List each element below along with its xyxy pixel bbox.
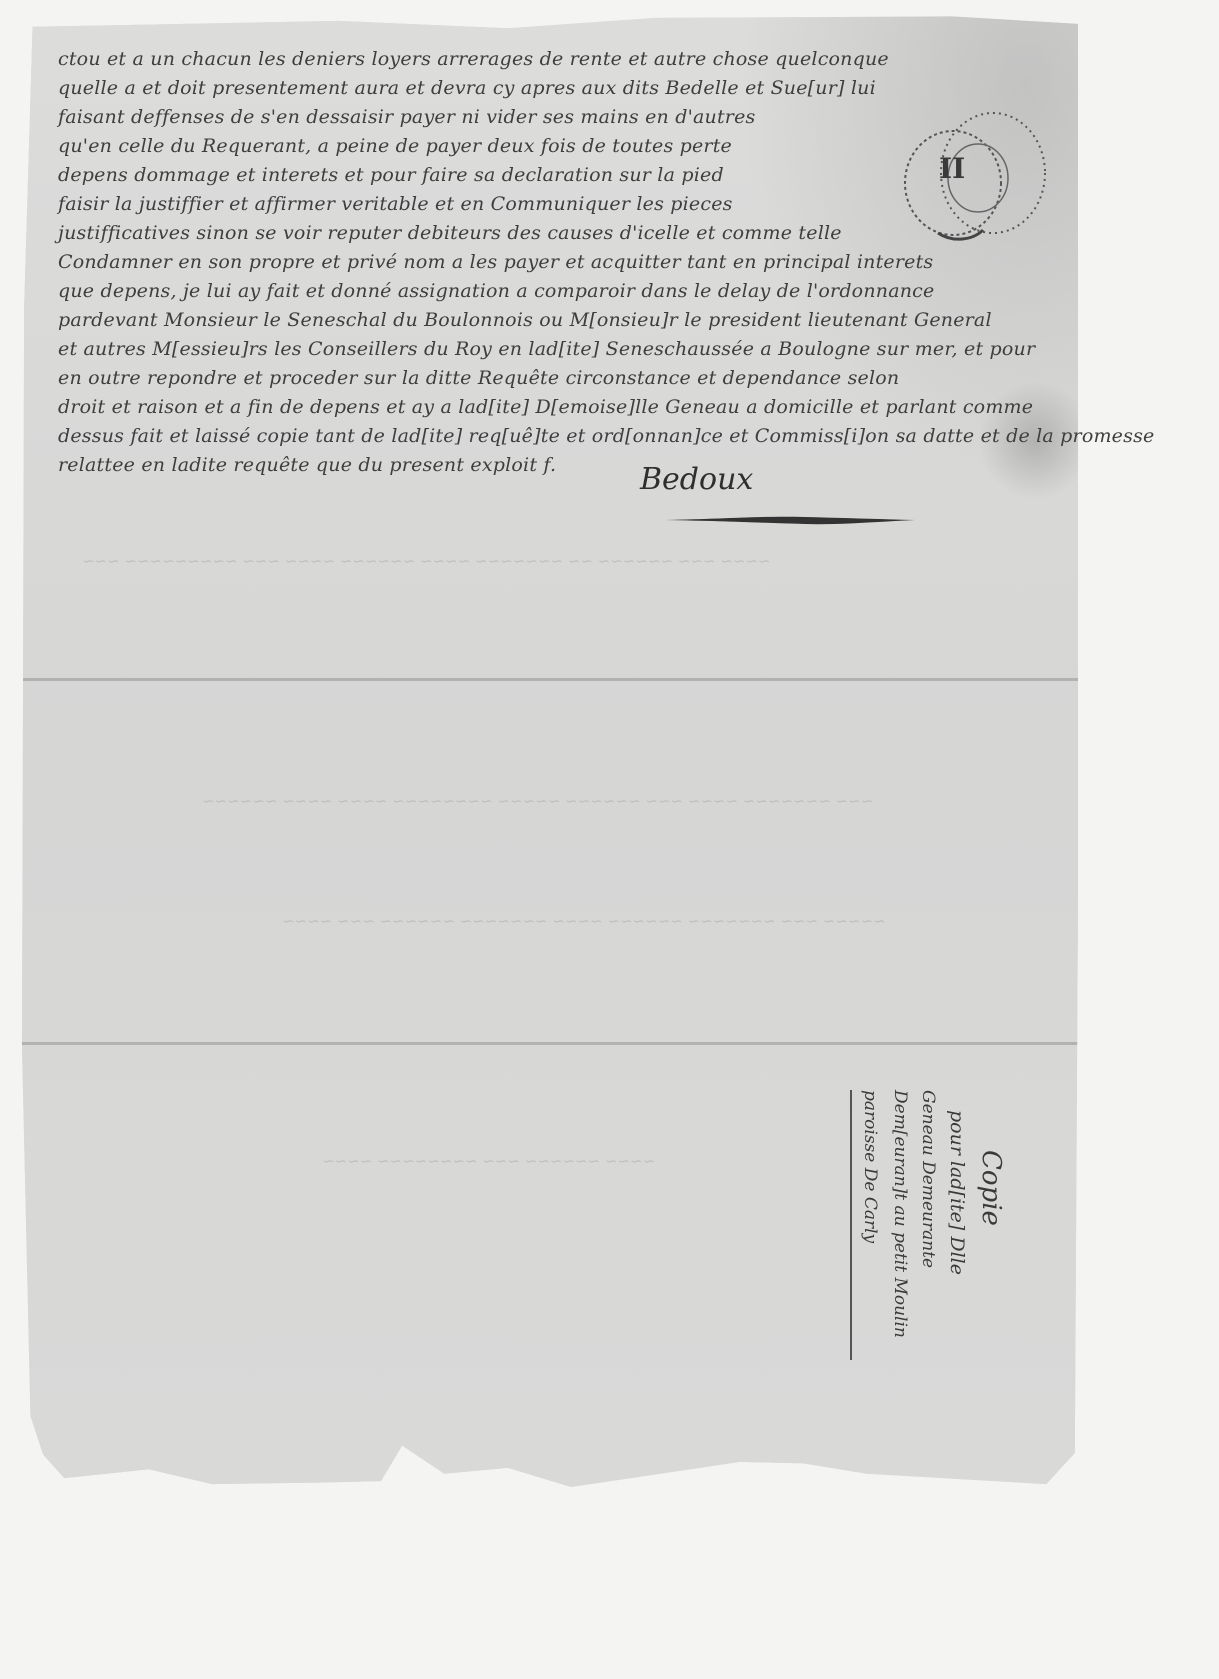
bleed-through-text: ~~~~ ~~~ ~~~~~~ ~~ ~~~~~~~ ~~~~ ~~~~~~ ~… [82,552,771,570]
annotation-line: Geneau Demeurante [918,1090,938,1268]
text-line: Condamner en son propre et privé nom a l… [58,251,1058,280]
text-line: quelle a et doit presentement aura et de… [58,77,1058,106]
annotation-line: paroisse De Carly [860,1090,880,1243]
text-line: et autres M[essieu]rs les Conseillers du… [58,338,1058,367]
bleed-through-text: ~~~~ ~~~~~~ ~~~ ~~~~~~~~ ~~~~ [322,1152,655,1170]
endorsement-annotation: Copie pour lad[ite] Dlle Geneau Demeuran… [828,1090,1018,1410]
text-line: relattee en ladite requête que du presen… [58,454,1058,483]
tax-stamp-icon [898,108,1048,248]
fold-line [22,1042,1078,1045]
text-line: que depens, je lui ay fait et donné assi… [58,280,1058,309]
fold-line [22,678,1078,681]
bleed-through-text: ~~~~~ ~~~ ~~~~~~~ ~~~~~~ ~~~~ ~~~~~~~ ~~… [282,912,886,930]
annotation-line: Dem[euran]t au petit Moulin [890,1090,910,1338]
annotation-line: pour lad[ite] Dlle [946,1110,968,1275]
signature: Bedoux [640,462,753,497]
text-line: droit et raison et a fin de depens et ay… [58,396,1058,425]
text-line: dessus fait et laissé copie tant de lad[… [58,425,1058,454]
text-line: en outre repondre et proceder sur la dit… [58,367,1058,396]
signature-flourish-icon [665,514,915,526]
text-line: ctou et a un chacun les deniers loyers a… [58,48,1058,77]
annotation-line: Copie [976,1150,1006,1226]
text-line: pardevant Monsieur le Seneschal du Boulo… [58,309,1058,338]
annotation-rule [850,1090,852,1360]
bleed-through-text: ~~~ ~~~~~~~ ~~~~ ~~~ ~~~~~~ ~~~~~ ~~~~~~… [202,792,873,810]
stamp-numeral: II [939,152,965,185]
